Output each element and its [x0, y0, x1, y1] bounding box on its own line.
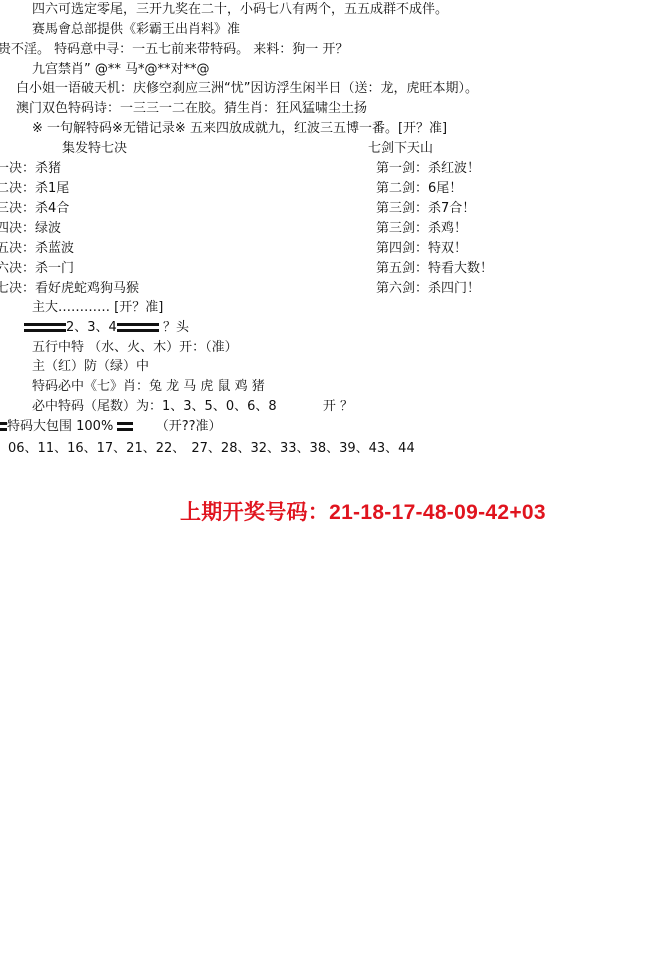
text-line: 赛馬會总部提供《彩霸王出肖料》准: [32, 22, 240, 38]
right-item: 第五剑：特看大数！: [376, 261, 493, 277]
heads-numbers: 2、3、4: [66, 320, 117, 335]
right-item: 第四剑：特双！: [376, 241, 467, 257]
right-item: 第六剑：杀四门！: [376, 281, 480, 297]
bar-decoration-icon: [0, 422, 7, 431]
heads-suffix: ？头: [163, 320, 189, 335]
xiao-line: 特码必中《七》肖：兔 龙 马 虎 鼠 鸡 猪: [32, 379, 265, 395]
baowei-open: （开??准）: [156, 419, 222, 434]
text-line: ※ 一句解特码※无错记录※ 五来四放成就九，红波三五博一番。[开？准]: [32, 121, 447, 137]
text-line: 贵不淫。 特码意中寻：一五七前来带特码。 来料：狗一 开？: [0, 42, 348, 58]
left-item: 三决：杀4合: [0, 201, 69, 217]
text-line: 九宫禁肖” @** 马*@**对**@: [32, 62, 210, 78]
heads-line: 2、3、4 ？头: [24, 320, 189, 336]
right-item: 第三剑：杀鸡！: [376, 221, 467, 237]
hongfang-line: 主（红）防（绿）中: [32, 359, 149, 375]
text-line: 白小姐一语破天机：庆修空刹应三洲“忧”因访浮生闲半日（送：龙，虎旺本期）。: [16, 81, 478, 97]
wuxing-line: 五行中特 （水、火、木）开：（准）: [32, 340, 238, 356]
left-section-title: 集发特七决: [62, 141, 127, 157]
weishu-line: 必中特码（尾数）为：1、3、5、0、6、8 开 ？: [32, 399, 353, 415]
bar-decoration-icon: [117, 422, 133, 431]
left-item: 六决：杀一门: [0, 261, 74, 277]
weishu-text: 必中特码（尾数）为：1、3、5、0、6、8: [32, 399, 277, 414]
weishu-open: 开 ？: [323, 399, 353, 414]
left-item: 二决：杀1尾: [0, 181, 69, 197]
left-item: 五决：杀蓝波: [0, 241, 74, 257]
baowei-label: 特码大包围 100%: [7, 419, 113, 434]
right-item: 第三剑：杀7合！: [376, 201, 475, 217]
numbers-line: 06、11、16、17、21、22、 27、28、32、33、38、39、43、…: [8, 441, 415, 457]
bar-decoration-icon: [24, 323, 66, 332]
left-item: 四决：绿波: [0, 221, 61, 237]
last-draw-result: 上期开奖号码：21-18-17-48-09-42+03: [180, 500, 546, 526]
baowei-line: 特码大包围 100% （开??准）: [0, 419, 222, 435]
right-item: 第二剑：6尾！: [376, 181, 462, 197]
bar-decoration-icon: [117, 323, 159, 332]
text-line: 四六可选定零尾，三开九奖在二十，小码七八有两个，五五成群不成伴。: [32, 2, 448, 18]
text-line: 澳门双色特码诗：一三三一二在胶。猜生肖：狂风猛啸尘土扬: [16, 101, 367, 117]
right-item: 第一剑：杀红波！: [376, 161, 480, 177]
right-section-title: 七剑下天山: [368, 141, 433, 157]
zhuda-line: 主大………… [开？准]: [32, 300, 163, 316]
left-item: 一决：杀猪: [0, 161, 61, 177]
left-item: 七决：看好虎蛇鸡狗马猴: [0, 281, 139, 297]
